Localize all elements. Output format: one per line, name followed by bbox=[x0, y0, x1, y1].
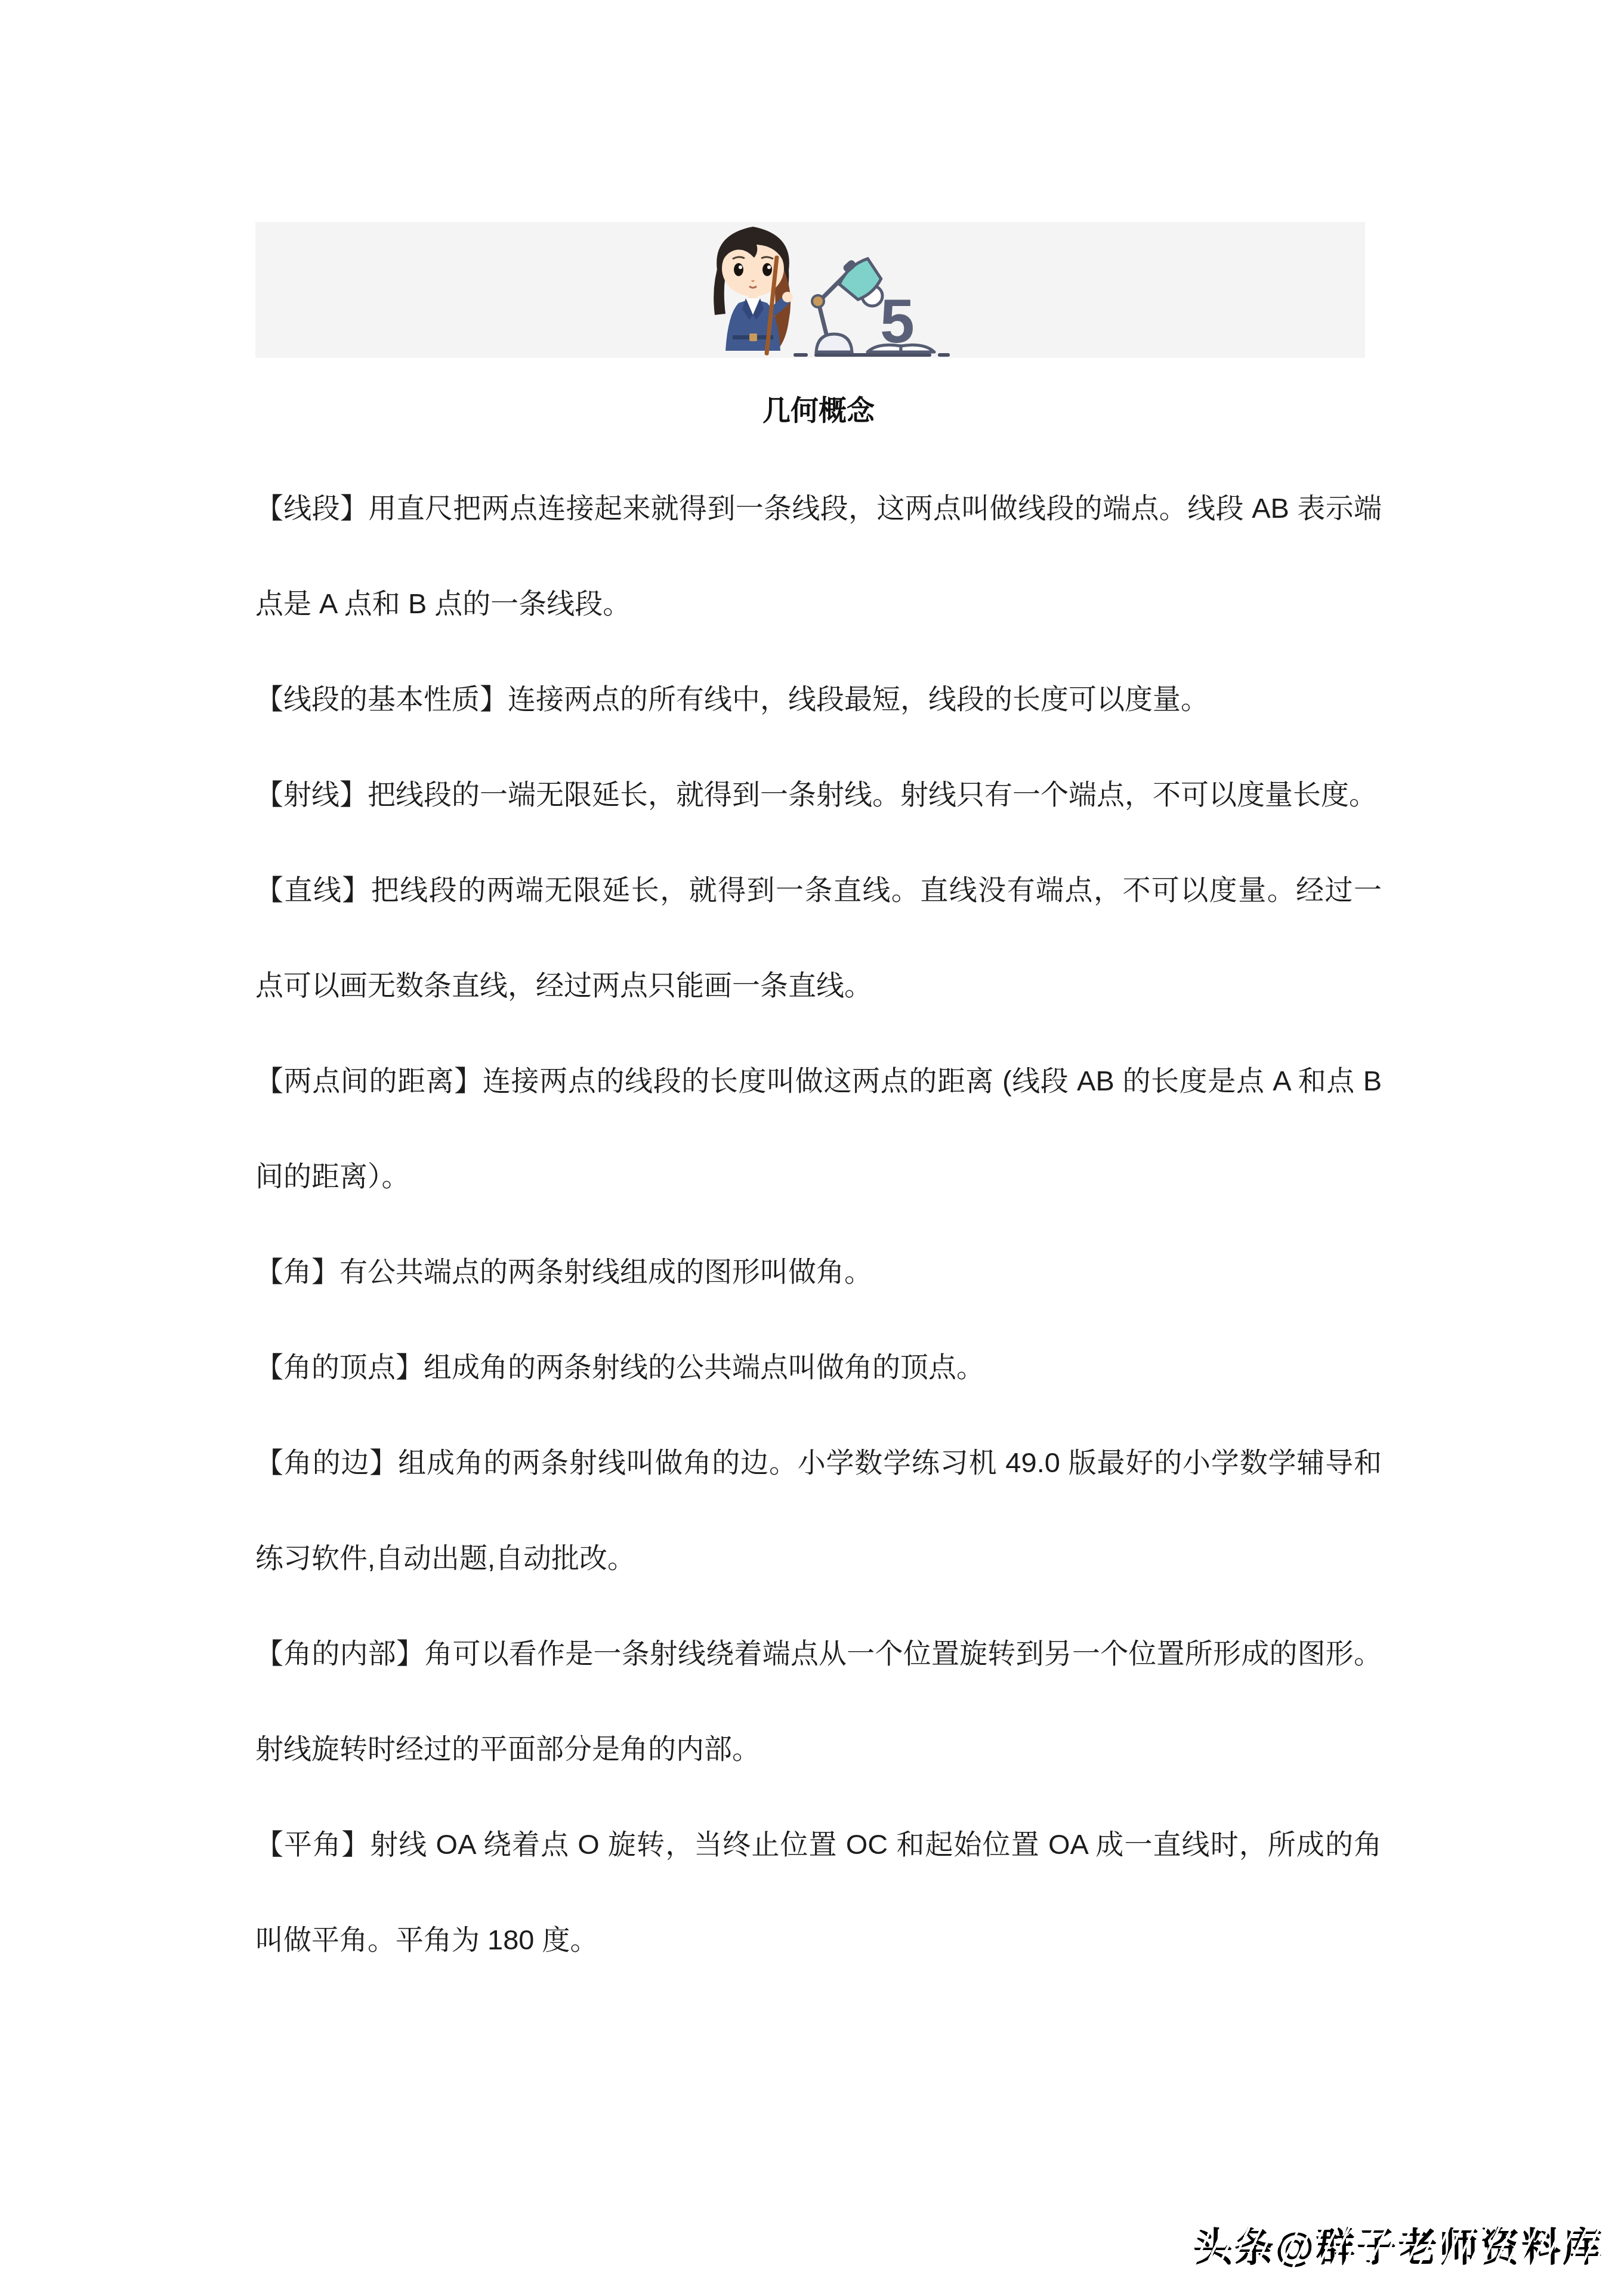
paragraph: 【线段的基本性质】连接两点的所有线中，线段最短，线段的长度可以度量。 bbox=[255, 651, 1382, 747]
text-line: 【角的内部】角可以看作是一条射线绕着端点从一个位置旋转到另一个位置所形成的图形。 bbox=[255, 1606, 1382, 1701]
text-line: 练习软件,自动出题,自动批改。 bbox=[255, 1510, 1382, 1606]
paragraph: 【角的顶点】组成角的两条射线的公共端点叫做角的顶点。 bbox=[255, 1319, 1382, 1415]
paragraph: 【线段】用直尺把两点连接起来就得到一条线段，这两点叫做线段的端点。线段 AB 表… bbox=[255, 461, 1382, 651]
study-girl-illustration: 5 bbox=[699, 214, 956, 357]
text-line: 叫做平角。平角为 180 度。 bbox=[255, 1892, 1382, 1988]
desk-line bbox=[794, 353, 950, 357]
text-line: 【平角】射线 OA 绕着点 O 旋转，当终止位置 OC 和起始位置 OA 成一直… bbox=[255, 1797, 1382, 1892]
paragraph: 【两点间的距离】连接两点的线段的长度叫做这两点的距离 (线段 AB 的长度是点 … bbox=[255, 1033, 1382, 1224]
text-line: 【角的顶点】组成角的两条射线的公共端点叫做角的顶点。 bbox=[255, 1319, 1382, 1415]
text-line: 【线段的基本性质】连接两点的所有线中，线段最短，线段的长度可以度量。 bbox=[255, 651, 1382, 747]
text-line: 点可以画无数条直线，经过两点只能画一条直线。 bbox=[255, 938, 1382, 1033]
paragraph: 【角的边】组成角的两条射线叫做角的边。小学数学练习机 49.0 版最好的小学数学… bbox=[255, 1415, 1382, 1606]
document-page: 5 几何概念 【线段】用直尺把两点连接起来就得到一条线段，这两点叫做线段的端点。… bbox=[0, 0, 1624, 2296]
text-line: 【角的边】组成角的两条射线叫做角的边。小学数学练习机 49.0 版最好的小学数学… bbox=[255, 1415, 1382, 1510]
paragraph: 【角】有公共端点的两条射线组成的图形叫做角。 bbox=[255, 1224, 1382, 1319]
text-line: 【线段】用直尺把两点连接起来就得到一条线段，这两点叫做线段的端点。线段 AB 表… bbox=[255, 461, 1382, 556]
open-book bbox=[867, 345, 934, 352]
desk-lamp bbox=[812, 251, 886, 352]
text-line: 【直线】把线段的两端无限延长，就得到一条直线。直线没有端点，不可以度量。经过一 bbox=[255, 842, 1382, 938]
text-line: 【射线】把线段的一端无限延长，就得到一条射线。射线只有一个端点，不可以度量长度。 bbox=[255, 747, 1382, 842]
paragraph: 【射线】把线段的一端无限延长，就得到一条射线。射线只有一个端点，不可以度量长度。 bbox=[255, 747, 1382, 842]
cartoon-girl bbox=[714, 227, 793, 356]
paragraph: 【角的内部】角可以看作是一条射线绕着端点从一个位置旋转到另一个位置所形成的图形。… bbox=[255, 1606, 1382, 1797]
watermark: 头条@群子老师资料库 bbox=[1193, 2224, 1604, 2271]
page-title: 几何概念 bbox=[255, 391, 1382, 430]
text-line: 【两点间的距离】连接两点的线段的长度叫做这两点的距离 (线段 AB 的长度是点 … bbox=[255, 1033, 1382, 1129]
document-body: 【线段】用直尺把两点连接起来就得到一条线段，这两点叫做线段的端点。线段 AB 表… bbox=[255, 461, 1382, 1988]
text-line: 间的距离）。 bbox=[255, 1129, 1382, 1224]
paragraph: 【平角】射线 OA 绕着点 O 旋转，当终止位置 OC 和起始位置 OA 成一直… bbox=[255, 1797, 1382, 1988]
paragraph: 【直线】把线段的两端无限延长，就得到一条直线。直线没有端点，不可以度量。经过一 … bbox=[255, 842, 1382, 1033]
text-line: 射线旋转时经过的平面部分是角的内部。 bbox=[255, 1701, 1382, 1797]
text-line: 点是 A 点和 B 点的一条线段。 bbox=[255, 556, 1382, 651]
text-line: 【角】有公共端点的两条射线组成的图形叫做角。 bbox=[255, 1224, 1382, 1319]
